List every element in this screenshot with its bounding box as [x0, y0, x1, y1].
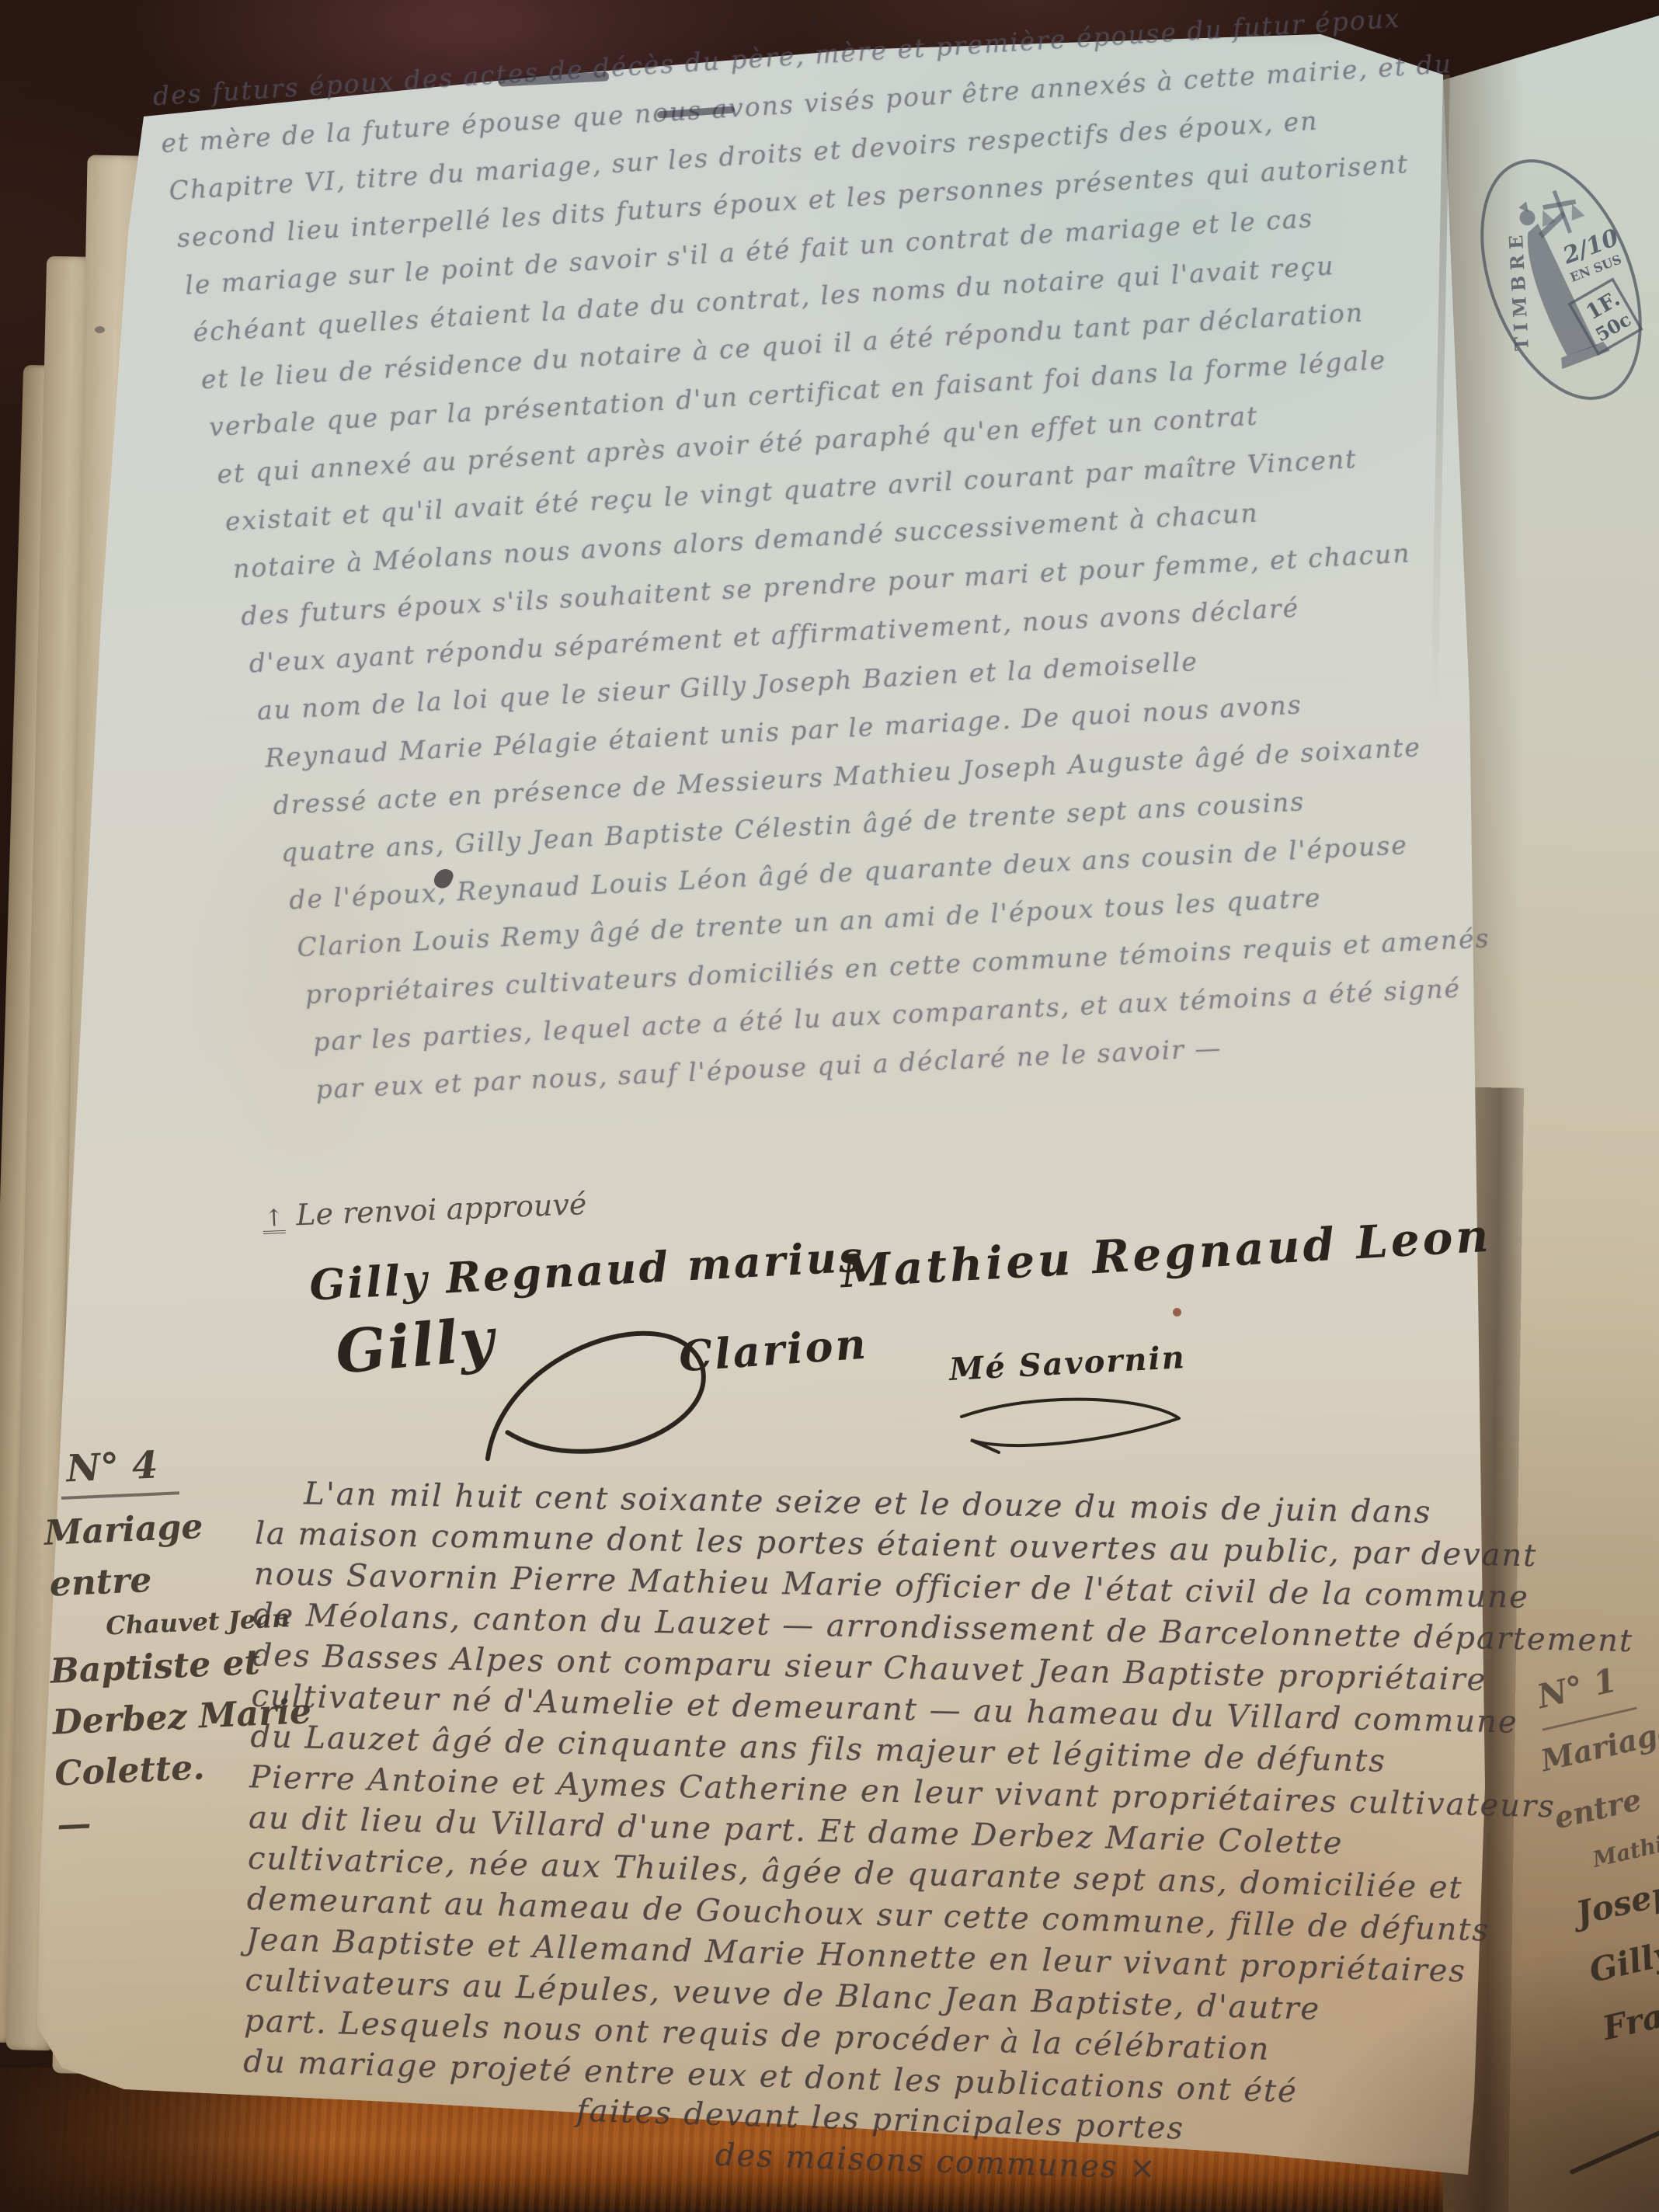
- ink-blot: [811, 20, 817, 27]
- marriage-act-text: L'an mil huit cent soixante seize et le …: [241, 1469, 1498, 2196]
- signature-paraph-flourish: [455, 1296, 735, 1474]
- register-photo: TIMBRE 2/10 EN SUS 1F. 50c N° 1 Mariagee…: [0, 0, 1659, 2212]
- ink-blot: [1173, 1308, 1181, 1316]
- signature-underline-flourish: [952, 1395, 1201, 1465]
- ink-blot: [95, 326, 105, 333]
- act-continuation-text: des futurs époux des actes de décès du p…: [151, 0, 1542, 1125]
- renvoi-caret-mark: ↑: [263, 1207, 286, 1234]
- act-number: N° 4: [59, 1438, 179, 1500]
